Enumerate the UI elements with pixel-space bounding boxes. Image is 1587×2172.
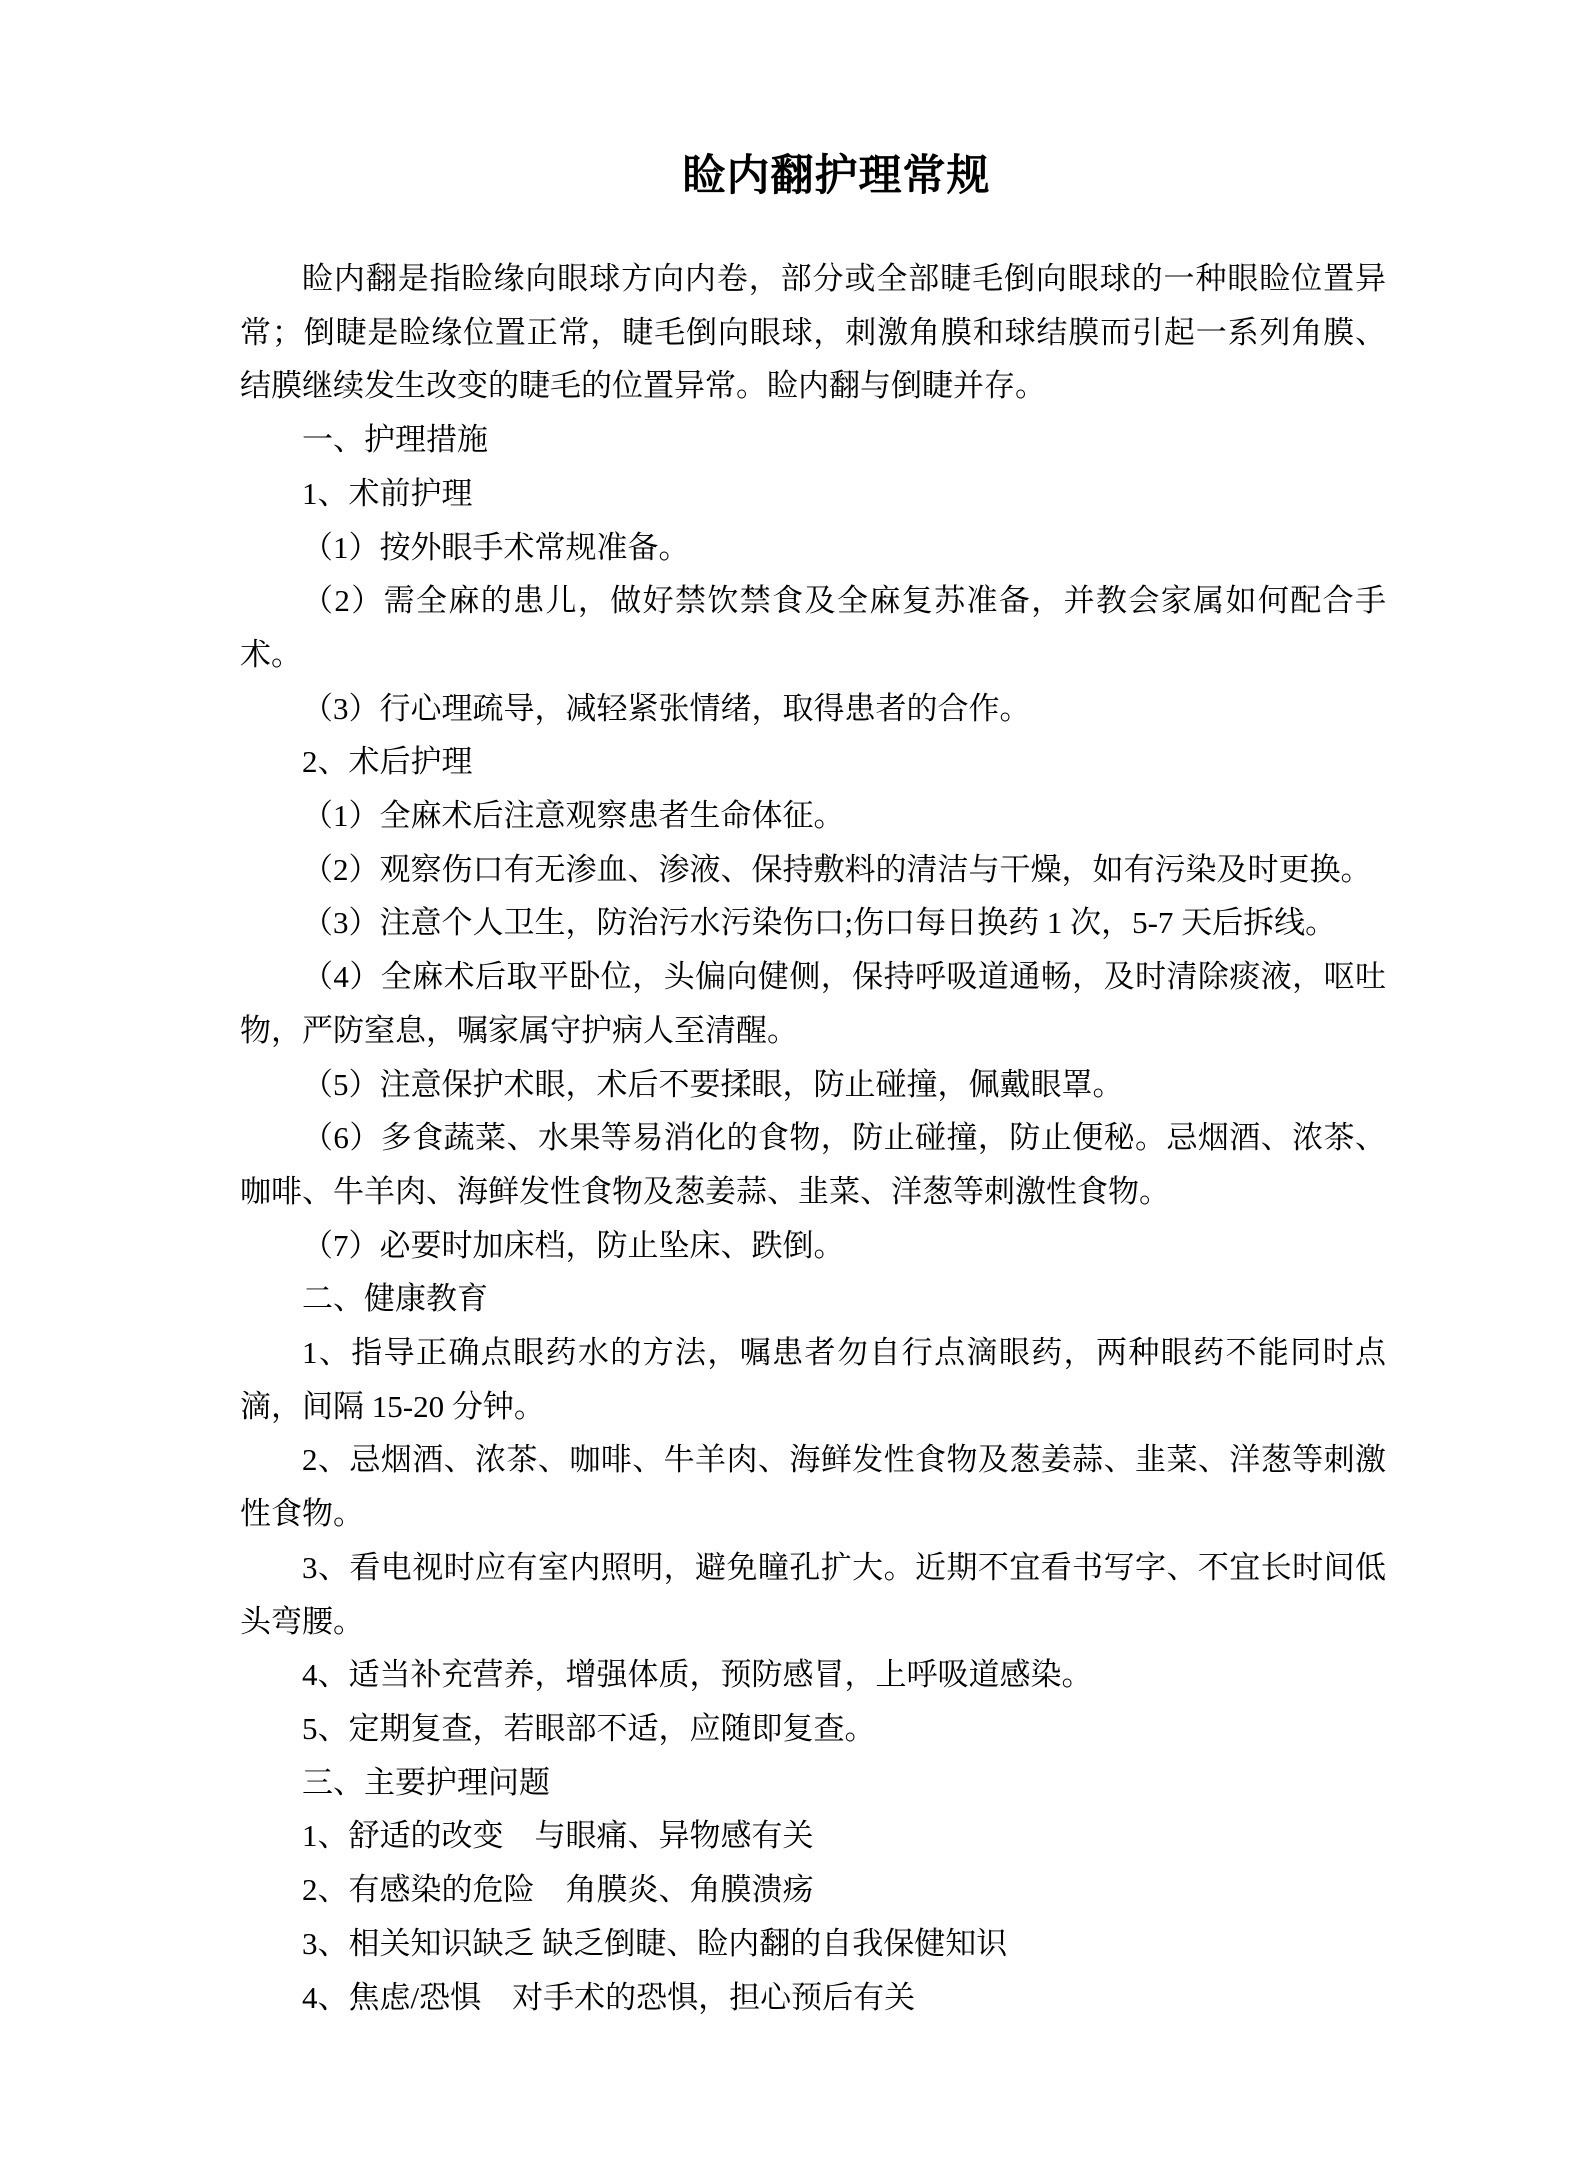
health-edu-item-4: 4、适当补充营养，增强体质，预防感冒，上呼吸道感染。 — [240, 1648, 1386, 1702]
postop-item-7: （7）必要时加床档，防止坠床、跌倒。 — [240, 1219, 1386, 1273]
nursing-problem-4: 4、焦虑/恐惧 对手术的恐惧，担心预后有关 — [240, 1971, 1386, 2025]
postop-care-heading: 2、术后护理 — [240, 735, 1386, 789]
section-1-heading: 一、护理措施 — [240, 413, 1386, 467]
health-edu-item-2: 2、忌烟酒、浓茶、咖啡、牛羊肉、海鲜发性食物及葱姜蒜、韭菜、洋葱等刺激性食物。 — [240, 1433, 1386, 1540]
health-edu-item-3: 3、看电视时应有室内照明，避免瞳孔扩大。近期不宜看书写字、不宜长时间低头弯腰。 — [240, 1541, 1386, 1648]
postop-item-6: （6）多食蔬菜、水果等易消化的食物，防止碰撞，防止便秘。忌烟酒、浓茶、咖啡、牛羊… — [240, 1111, 1386, 1218]
document-page: 睑内翻护理常规 睑内翻是指睑缘向眼球方向内卷，部分或全部睫毛倒向眼球的一种眼睑位… — [0, 0, 1587, 2172]
nursing-problem-3: 3、相关知识缺乏 缺乏倒睫、睑内翻的自我保健知识 — [240, 1917, 1386, 1971]
health-edu-item-1: 1、指导正确点眼药水的方法，嘱患者勿自行点滴眼药，两种眼药不能同时点滴，间隔 1… — [240, 1326, 1386, 1433]
postop-item-1: （1）全麻术后注意观察患者生命体征。 — [240, 789, 1386, 843]
preop-care-heading: 1、术前护理 — [240, 467, 1386, 521]
health-edu-item-5: 5、定期复查，若眼部不适，应随即复查。 — [240, 1702, 1386, 1756]
postop-item-4: （4）全麻术后取平卧位，头偏向健侧，保持呼吸道通畅，及时清除痰液，呕吐物，严防窒… — [240, 950, 1386, 1057]
section-2-heading: 二、健康教育 — [240, 1272, 1386, 1326]
postop-item-2: （2）观察伤口有无渗血、渗液、保持敷料的清洁与干燥，如有污染及时更换。 — [240, 843, 1386, 897]
nursing-problem-1: 1、舒适的改变 与眼痛、异物感有关 — [240, 1809, 1386, 1863]
section-3-heading: 三、主要护理问题 — [240, 1756, 1386, 1810]
document-body: 睑内翻是指睑缘向眼球方向内卷，部分或全部睫毛倒向眼球的一种眼睑位置异常；倒睫是睑… — [240, 252, 1386, 2024]
preop-item-2: （2）需全麻的患儿，做好禁饮禁食及全麻复苏准备，并教会家属如何配合手术。 — [240, 574, 1386, 681]
preop-item-3: （3）行心理疏导，减轻紧张情绪，取得患者的合作。 — [240, 682, 1386, 736]
postop-item-3: （3）注意个人卫生，防治污水污染伤口;伤口每日换药 1 次，5-7 天后拆线。 — [240, 896, 1386, 950]
postop-item-5: （5）注意保护术眼，术后不要揉眼，防止碰撞，佩戴眼罩。 — [240, 1058, 1386, 1112]
preop-item-1: （1）按外眼手术常规准备。 — [240, 521, 1386, 575]
document-title: 睑内翻护理常规 — [0, 0, 1587, 208]
nursing-problem-2: 2、有感染的危险 角膜炎、角膜溃疡 — [240, 1863, 1386, 1917]
intro-paragraph: 睑内翻是指睑缘向眼球方向内卷，部分或全部睫毛倒向眼球的一种眼睑位置异常；倒睫是睑… — [240, 252, 1386, 413]
